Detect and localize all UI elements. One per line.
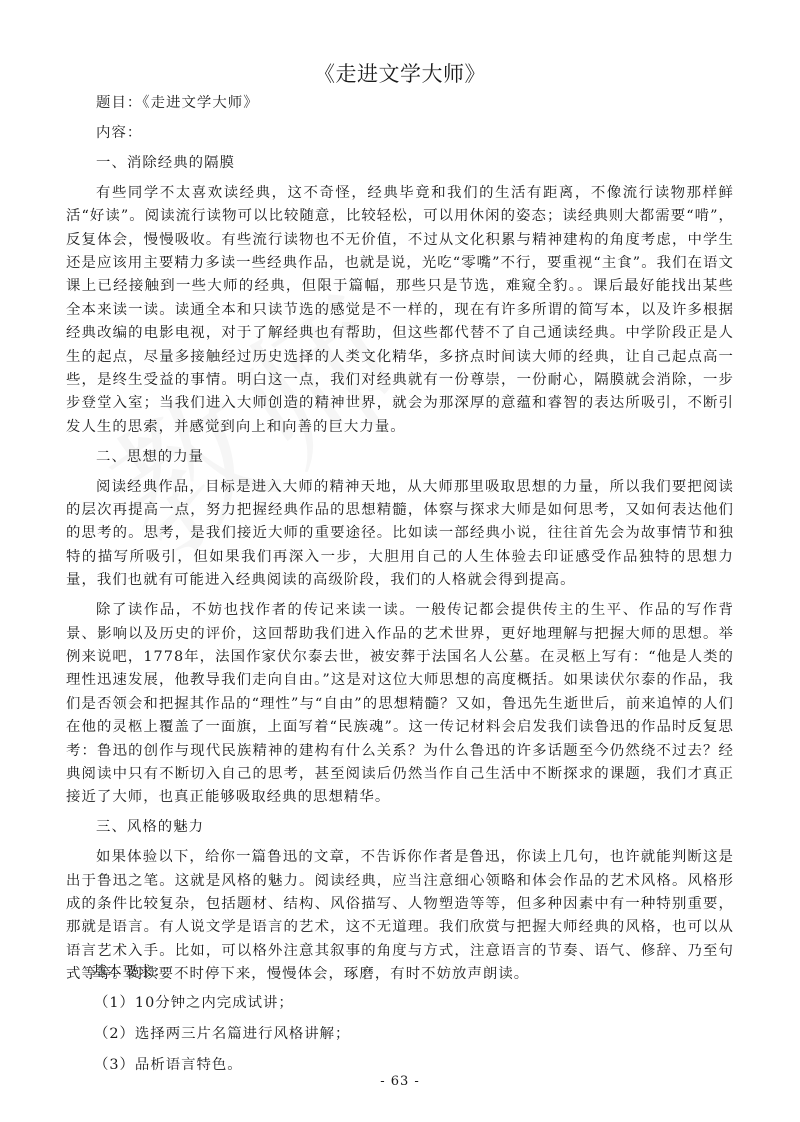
page-number: - 63 -	[0, 1074, 800, 1089]
requirements-block: 基本要求： （1）10分钟之内完成试讲； （2）选择两三片名篇进行风格讲解； （…	[92, 958, 350, 1082]
requirement-item: （2）选择两三片名篇进行风格讲解；	[92, 1020, 350, 1048]
section-heading-2: 二、思想的力量	[66, 446, 734, 469]
document-page: 教师 《走进文学大师》 题目：《走进文学大师》 内容： 一、消除经典的隔膜 有些…	[0, 0, 800, 1122]
paragraph: 阅读经典作品，目标是进入大师的精神天地，从大师那里吸取思想的力量，所以我们要把阅…	[66, 476, 734, 593]
topic-line: 题目：《走进文学大师》	[66, 92, 734, 115]
requirements-title: 基本要求：	[92, 958, 350, 986]
document-title: 《走进文学大师》	[0, 60, 800, 88]
document-body: 题目：《走进文学大师》 内容： 一、消除经典的隔膜 有些同学不太喜欢读经典，这不…	[66, 92, 734, 993]
section-heading-1: 一、消除经典的隔膜	[66, 152, 734, 175]
requirement-item: （1）10分钟之内完成试讲；	[92, 989, 350, 1017]
paragraph: 除了读作品，不妨也找作者的传记来读一读。一般传记都会提供传主的生平、作品的写作背…	[66, 599, 734, 810]
section-heading-3: 三、风格的魅力	[66, 816, 734, 839]
paragraph: 有些同学不太喜欢读经典，这不奇怪，经典毕竟和我们的生活有距离，不像流行读物那样鲜…	[66, 182, 734, 439]
content-label: 内容：	[66, 122, 734, 145]
